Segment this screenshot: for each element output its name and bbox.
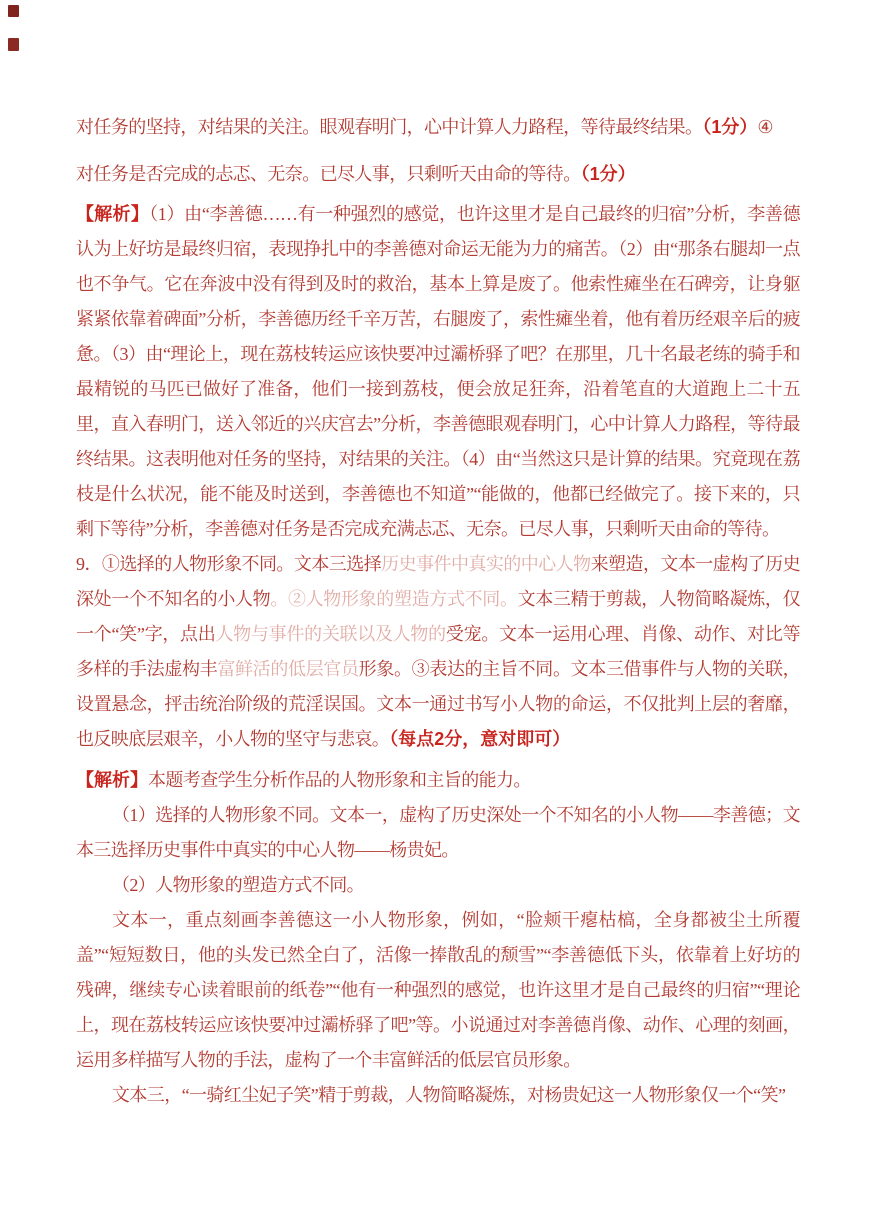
text-segment-normal: （1）由“李善德……有一种强烈的感觉，也许这里才是自己最终的归宿”分析，李善德认… bbox=[76, 204, 800, 539]
paragraph: 9．①选择的人物形象不同。文本三选择历史事件中真实的中心人物来塑造，文本一虚构了… bbox=[76, 547, 800, 757]
text-segment-faded: 。②人物形象的塑造方式不同。 bbox=[270, 589, 517, 609]
document-text: 对任务的坚持，对结果的关注。眼观春明门，心中计算人力路程，等待最终结果。（1分）… bbox=[76, 110, 800, 1113]
text-segment-faded: 历史事件中真实的中心人物 bbox=[381, 554, 590, 574]
paragraph: 【解析】本题考查学生分析作品的人物形象和主旨的能力。 bbox=[76, 763, 800, 798]
paragraph: （1）选择的人物形象不同。文本一，虚构了历史深处一个不知名的小人物——李善德；文… bbox=[76, 798, 800, 868]
text-segment-normal: （2）人物形象的塑造方式不同。 bbox=[112, 875, 364, 895]
text-segment-normal: 9．①选择的人物形象不同。文本三选择 bbox=[76, 554, 381, 574]
text-segment-bold: 【解析】 bbox=[76, 770, 148, 790]
paragraph: 文本三，“一骑红尘妃子笑”精于剪裁，人物简略凝炼，对杨贵妃这一人物形象仅一个“笑… bbox=[76, 1078, 800, 1113]
text-segment-normal: 文本三，“一骑红尘妃子笑”精于剪裁，人物简略凝炼，对杨贵妃这一人物形象仅一个“笑… bbox=[112, 1085, 785, 1105]
paragraph: 【解析】（1）由“李善德……有一种强烈的感觉，也许这里才是自己最终的归宿”分析，… bbox=[76, 197, 800, 547]
corner-mark-bottom bbox=[8, 38, 19, 51]
text-segment-normal: 本题考查学生分析作品的人物形象和主旨的能力。 bbox=[148, 770, 531, 790]
text-segment-normal: 对任务的坚持，对结果的关注。眼观春明门，心中计算人力路程，等待最终结果。 bbox=[76, 117, 702, 137]
text-segment-faded: 富鲜活的低层官员 bbox=[217, 659, 358, 679]
paragraph: 对任务的坚持，对结果的关注。眼观春明门，心中计算人力路程，等待最终结果。（1分）… bbox=[76, 110, 800, 145]
document-page: 对任务的坚持，对结果的关注。眼观春明门，心中计算人力路程，等待最终结果。（1分）… bbox=[0, 0, 871, 1232]
text-segment-normal: 对任务是否完成的忐忑、无奈。已尽人事，只剩听天由命的等待。 bbox=[76, 164, 581, 184]
text-segment-bold: （1分） bbox=[581, 164, 636, 184]
paragraph: 文本一，重点刻画李善德这一小人物形象，例如，“脸颊干瘪枯槁，全身都被尘土所覆盖”… bbox=[76, 903, 800, 1078]
paragraph: 对任务是否完成的忐忑、无奈。已尽人事，只剩听天由命的等待。（1分） bbox=[76, 157, 800, 192]
text-segment-normal: 文本一，重点刻画李善德这一小人物形象，例如，“脸颊干瘪枯槁，全身都被尘土所覆盖”… bbox=[76, 910, 800, 1070]
text-segment-bold: （每点2分，意对即可） bbox=[389, 729, 570, 749]
corner-mark-top bbox=[8, 5, 19, 17]
text-segment-bold: （1分） bbox=[702, 117, 757, 137]
text-segment-bold: 【解析】 bbox=[76, 204, 149, 224]
text-segment-faded: 人物与事件的关联以及人物的 bbox=[215, 624, 445, 644]
text-segment-normal: （1）选择的人物形象不同。文本一，虚构了历史深处一个不知名的小人物——李善德；文… bbox=[76, 805, 800, 860]
text-segment-normal: ④ bbox=[757, 117, 773, 137]
paragraph: （2）人物形象的塑造方式不同。 bbox=[76, 868, 800, 903]
